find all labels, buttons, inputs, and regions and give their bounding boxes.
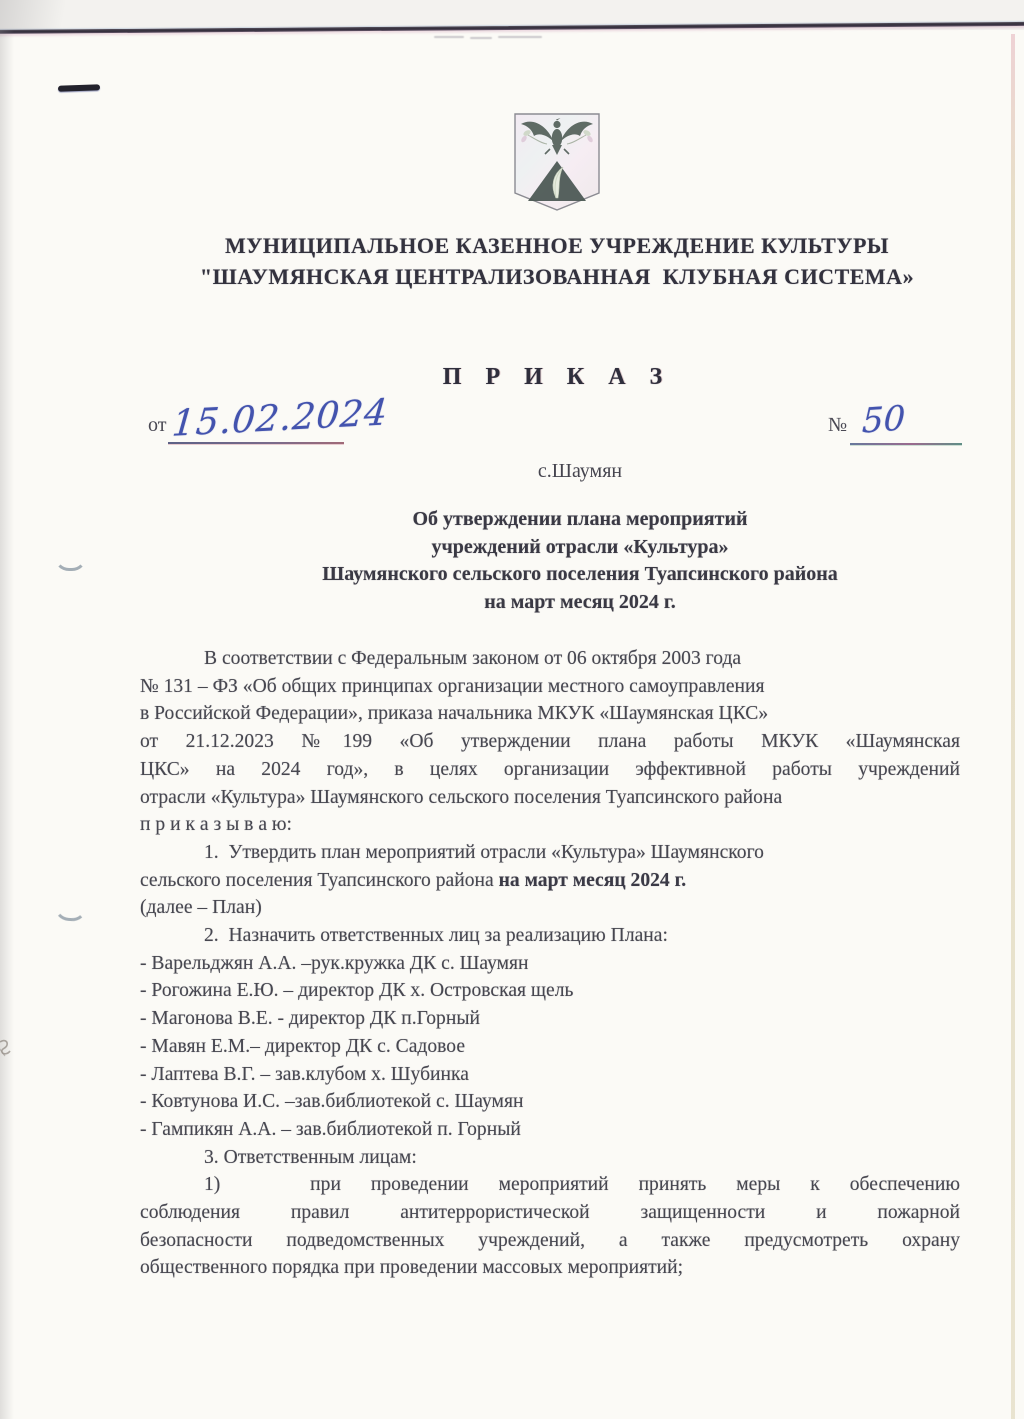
order-item-1-note: (далее – План) (140, 894, 960, 922)
edge-smudge-mark (0, 1034, 18, 1060)
subject-line: учреждений отрасли «Культура» (140, 534, 1020, 562)
responsible-person: - Лаптева В.Г. – зав.клубом х. Шубинка (140, 1061, 960, 1089)
bleedthrough-mark (434, 33, 546, 42)
subitem-line: 1) при проведении мероприятий принять ме… (140, 1171, 960, 1199)
responsible-person: - Магонова В.Е. - директор ДК п.Горный (140, 1005, 960, 1033)
preamble-line: отрасли «Культура» Шаумянского сельского… (140, 784, 960, 812)
preamble-line: в Российской Федерации», приказа начальн… (140, 700, 960, 728)
handwritten-dash-mark (58, 84, 100, 91)
order-body: В соответствии с Федеральным законом от … (140, 645, 960, 1282)
responsible-person: - Рогожина Е.Ю. – директор ДК х. Островс… (140, 977, 960, 1005)
order-subject: Об утверждении плана мероприятий учрежде… (140, 506, 1020, 616)
date-underline (168, 442, 344, 444)
scanner-corner-shadow (0, 0, 90, 30)
scan-arc-artifact (54, 551, 87, 571)
item1-bold-text: на март месяц 2024 г. (499, 870, 687, 891)
preamble-line: № 131 – ФЗ «Об общих принципах организац… (140, 673, 960, 701)
handwritten-date: 15.02.2024 (170, 392, 389, 445)
subject-line: Об утверждении плана мероприятий (140, 506, 1020, 534)
prikazyvayu-line: п р и к а з ы в а ю: (140, 811, 960, 839)
responsible-person: - Гампикян А.А. – зав.библиотекой п. Гор… (140, 1116, 960, 1144)
subject-line: Шаумянского сельского поселения Туапсинс… (140, 561, 1020, 589)
subitem-line: безопасности подведомственных учреждений… (140, 1227, 960, 1255)
left-edge-shadow (0, 30, 14, 1419)
number-label: № (828, 414, 847, 437)
subitem-line: общественного порядка при проведении мас… (140, 1254, 960, 1282)
coat-of-arms-eagle-mountain-icon (511, 111, 603, 213)
order-item-2: 2. Назначить ответственных лиц за реализ… (140, 922, 960, 950)
preamble-line: от 21.12.2023 №199 «Об утверждении плана… (140, 728, 960, 756)
item1-regular-text: сельского поселения Туапсинского района (140, 870, 499, 891)
org-name-line2: "ШАУМЯНСКАЯ ЦЕНТРАЛИЗОВАННАЯ КЛУБНАЯ СИС… (57, 261, 1024, 292)
org-name-line1: МУНИЦИПАЛЬНОЕ КАЗЕННОЕ УЧРЕЖДЕНИЕ КУЛЬТУ… (57, 230, 1024, 261)
preamble-line: В соответствии с Федеральным законом от … (140, 645, 960, 673)
responsible-person: - Варельджян А.А. –рук.кружка ДК с. Шаум… (140, 950, 960, 978)
responsible-person: - Мавян Е.М.– директор ДК с. Садовое (140, 1033, 960, 1061)
order-item-1: 1. Утвердить план мероприятий отрасли «К… (140, 839, 960, 867)
responsible-person: - Ковтунова И.С. –зав.библиотекой с. Шау… (140, 1088, 960, 1116)
date-label: от (148, 414, 166, 437)
order-item-1-continued: сельского поселения Туапсинского района … (140, 867, 960, 895)
subitem-line: соблюдения правил антитеррористической з… (140, 1199, 960, 1227)
document-type-title: П Р И К А З (57, 364, 1024, 391)
handwritten-number: 50 (861, 398, 906, 441)
org-name-block: МУНИЦИПАЛЬНОЕ КАЗЕННОЕ УЧРЕЖДЕНИЕ КУЛЬТУ… (57, 230, 1024, 292)
place-line: с.Шаумян (140, 460, 1020, 483)
subject-line: на март месяц 2024 г. (140, 589, 1020, 617)
order-item-3: 3. Ответственным лицам: (140, 1144, 960, 1172)
preamble-line: ЦКС» на 2024 год», в целях организации э… (140, 756, 960, 784)
scan-arc-artifact (53, 900, 87, 922)
number-underline (850, 443, 962, 445)
